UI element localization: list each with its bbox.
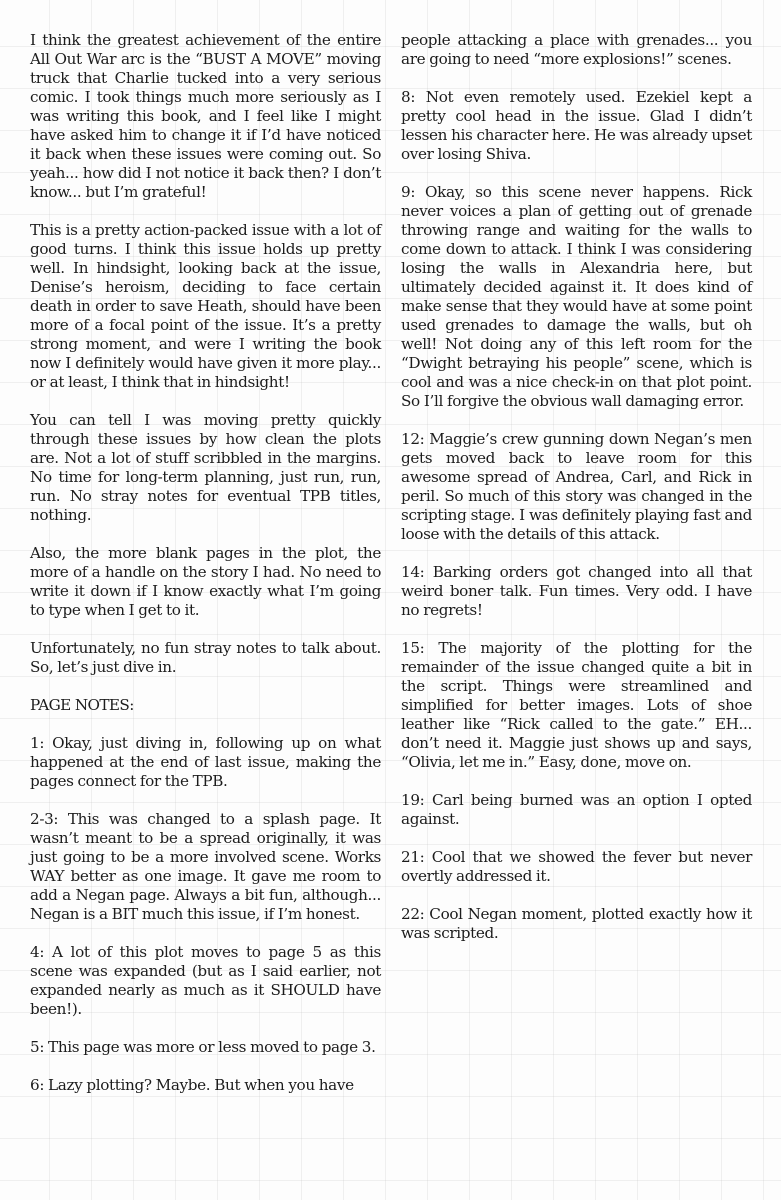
page-note-22: 22: Cool Negan moment, plotted exactly h… (401, 905, 752, 943)
page-note-6-continued: people attacking a place with grenades..… (401, 31, 752, 69)
page-note-9: 9: Okay, so this scene never happens. Ri… (401, 183, 752, 411)
page-note-19: 19: Carl being burned was an option I op… (401, 791, 752, 829)
page-note-1: 1: Okay, just diving in, following up on… (30, 734, 381, 791)
page-note-2-3: 2-3: This was changed to a splash page. … (30, 810, 381, 924)
right-column: people attacking a place with grenades..… (401, 31, 752, 1114)
page-note-21: 21: Cool that we showed the fever but ne… (401, 848, 752, 886)
left-column: I think the greatest achievement of the … (30, 31, 381, 1114)
page-note-5: 5: This page was more or less moved to p… (30, 1038, 381, 1057)
page-note-6: 6: Lazy plotting? Maybe. But when you ha… (30, 1076, 381, 1095)
document-page: I think the greatest achievement of the … (30, 31, 752, 1114)
page-note-14: 14: Barking orders got changed into all … (401, 563, 752, 620)
page-note-15: 15: The majority of the plotting for the… (401, 639, 752, 772)
page-notes-heading: PAGE NOTES: (30, 696, 381, 715)
intro-paragraph-5: Unfortunately, no fun stray notes to tal… (30, 639, 381, 677)
intro-paragraph-1: I think the greatest achievement of the … (30, 31, 381, 202)
page-note-12: 12: Maggie’s crew gunning down Negan’s m… (401, 430, 752, 544)
page-note-4: 4: A lot of this plot moves to page 5 as… (30, 943, 381, 1019)
intro-paragraph-4: Also, the more blank pages in the plot, … (30, 544, 381, 620)
page-note-8: 8: Not even remotely used. Ezekiel kept … (401, 88, 752, 164)
intro-paragraph-2: This is a pretty action-packed issue wit… (30, 221, 381, 392)
intro-paragraph-3: You can tell I was moving pretty quickly… (30, 411, 381, 525)
